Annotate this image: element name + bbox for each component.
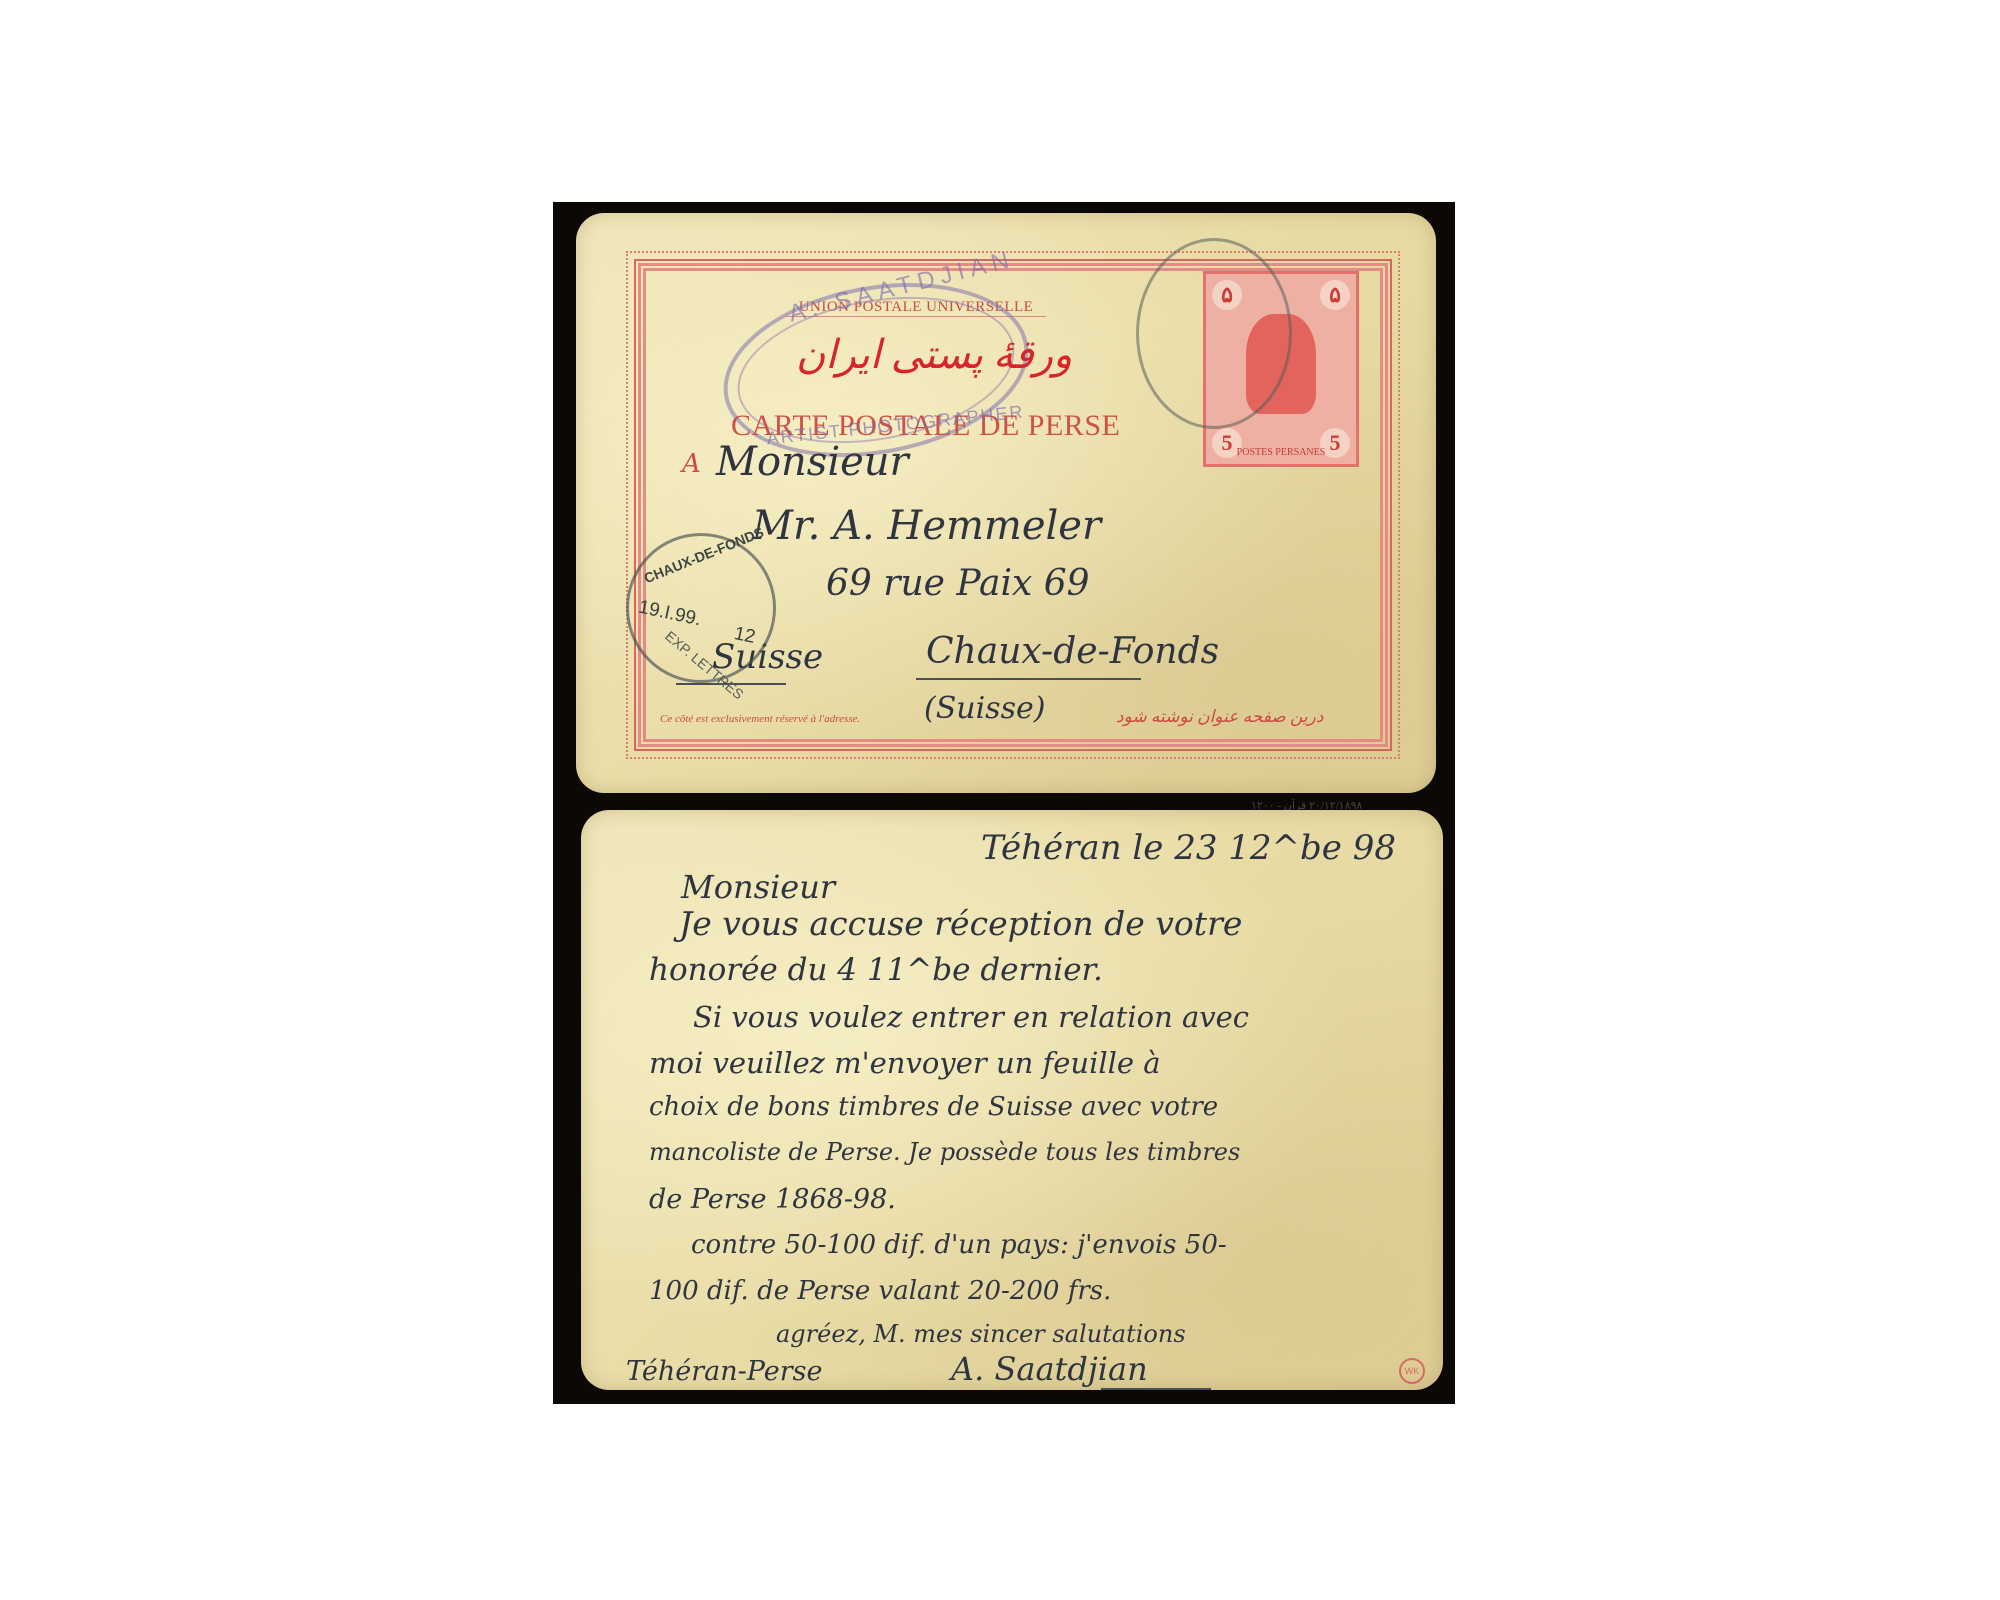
postcard-front: UNION POSTALE UNIVERSELLE A. SAATDJIAN و…	[576, 213, 1436, 793]
letter-line: moi veuillez m'envoyer un feuille à	[649, 1046, 1161, 1080]
signature-flourish	[1101, 1388, 1211, 1390]
underline	[916, 678, 1141, 680]
closing-line: agréez, M. mes sincer salutations	[776, 1320, 1186, 1348]
footer-note-fr: Ce côté est exclusivement réservé à l'ad…	[660, 713, 860, 725]
letter-line: Je vous accuse réception de votre	[679, 904, 1242, 943]
address-line: Monsieur	[716, 439, 909, 485]
address-line: 69 rue Paix 69	[826, 563, 1090, 604]
stamp-label: POSTES PERSANES	[1226, 447, 1336, 458]
address-line: Chaux-de-Fonds	[926, 631, 1219, 672]
postmark-hour: 12	[732, 623, 757, 649]
letter-line: 100 dif. de Perse valant 20-200 frs.	[649, 1276, 1111, 1306]
stamp-corner-value: ۵	[1320, 280, 1350, 310]
salutation: Monsieur	[681, 868, 835, 906]
dateline: Téhéran le 23 12^be 98	[981, 828, 1396, 868]
address-line: (Suisse)	[924, 691, 1045, 726]
signature: A. Saatdjian	[951, 1350, 1148, 1388]
letter-line: de Perse 1868-98.	[649, 1184, 896, 1215]
place-line: Téhéran-Perse	[626, 1356, 822, 1387]
letter-line: honorée du 4 11^be dernier.	[649, 952, 1103, 988]
letter-line: contre 50-100 dif. d'un pays: j'envois 5…	[691, 1230, 1227, 1260]
footer-note-persian: درین صفحه عنوان نوشته شود	[1116, 707, 1323, 727]
collector-mark: WK	[1399, 1358, 1425, 1384]
tehran-cancel-postmark	[1136, 238, 1292, 429]
swiss-postmark: CHAUX-DE-FONDS 19.I.99. 12 EXP. LETTRES	[626, 533, 776, 683]
postcard-back: Téhéran le 23 12^be 98 Monsieur Je vous …	[581, 810, 1443, 1390]
address-prefix: A	[682, 449, 701, 479]
persian-title: ورقهٔ پستی ایران	[796, 331, 1072, 378]
letter-line: choix de bons timbres de Suisse avec vot…	[649, 1092, 1218, 1122]
letter-line: mancoliste de Perse. Je possède tous les…	[649, 1138, 1240, 1166]
address-line: Mr. A. Hemmeler	[752, 503, 1101, 549]
letter-line: Si vous voulez entrer en relation avec	[693, 1000, 1249, 1034]
